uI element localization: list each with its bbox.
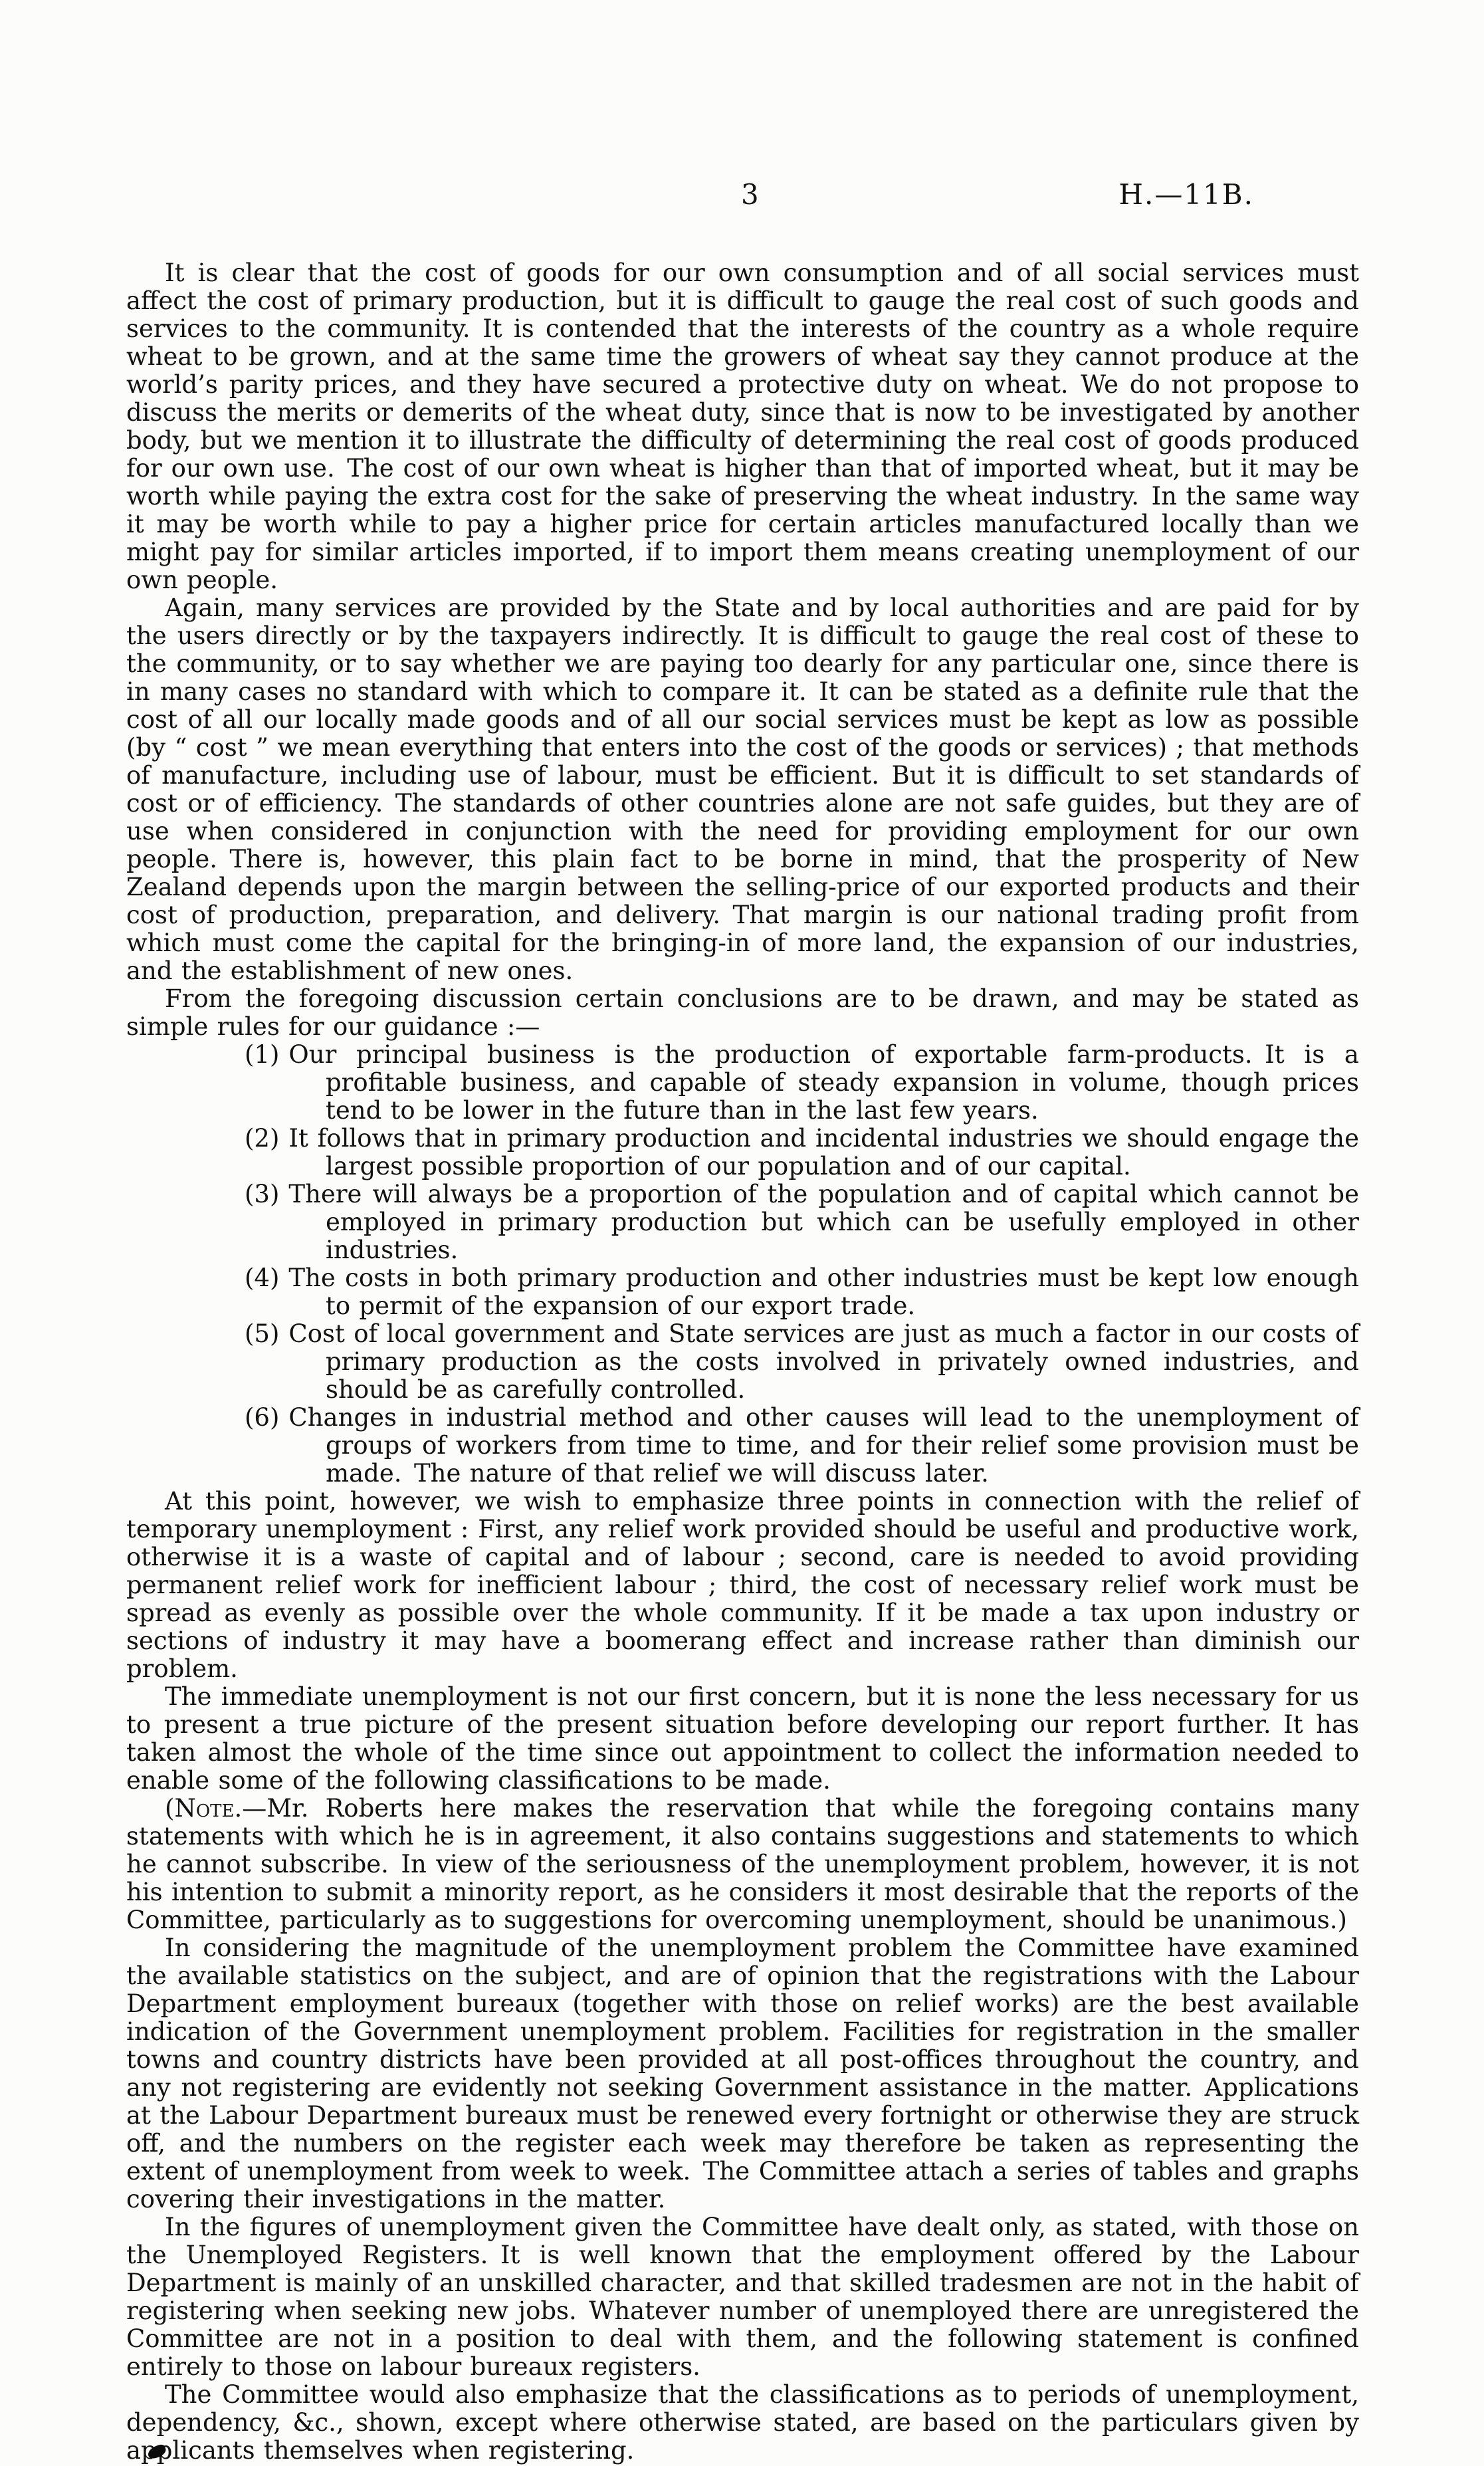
note-label: Note xyxy=(174,1794,234,1823)
page-header: 3 H.—11B. xyxy=(126,178,1359,218)
paragraph-classifications: The Committee would also emphasize that … xyxy=(126,2381,1359,2465)
note-open-paren: ( xyxy=(165,1794,174,1823)
rule-item-1: (1)Our principal business is the product… xyxy=(126,1041,1359,1125)
rule-number-6: (6) xyxy=(245,1403,279,1432)
rule-text-2: It follows that in primary production an… xyxy=(288,1124,1359,1180)
body-text: It is clear that the cost of goods for o… xyxy=(126,259,1359,2465)
paragraph-relief-points: At this point, however, we wish to empha… xyxy=(126,1488,1359,1683)
rule-number-1: (1) xyxy=(245,1040,279,1069)
paragraph-intro-2: Again, many services are provided by the… xyxy=(126,594,1359,985)
rule-item-3: (3)There will always be a proportion of … xyxy=(126,1180,1359,1264)
rule-number-4: (4) xyxy=(245,1264,279,1292)
report-code: H.—11B. xyxy=(1118,178,1254,211)
page-number: 3 xyxy=(741,178,759,211)
rule-number-2: (2) xyxy=(245,1124,279,1153)
paragraph-figures: In the figures of unemployment given the… xyxy=(126,2213,1359,2381)
rule-text-6: Changes in industrial method and other c… xyxy=(288,1403,1359,1488)
rule-number-5: (5) xyxy=(245,1319,279,1348)
rule-item-2: (2)It follows that in primary production… xyxy=(126,1125,1359,1180)
rule-text-4: The costs in both primary production and… xyxy=(288,1264,1359,1320)
rule-number-3: (3) xyxy=(245,1180,279,1208)
note-paragraph: (Note.—Mr. Roberts here makes the reserv… xyxy=(126,1795,1359,1934)
rule-text-5: Cost of local government and State servi… xyxy=(288,1319,1359,1404)
paragraph-immediate-unemployment: The immediate unemployment is not our fi… xyxy=(126,1683,1359,1795)
rule-text-1: Our principal business is the production… xyxy=(288,1040,1359,1125)
document-page: 3 H.—11B. It is clear that the cost of g… xyxy=(0,0,1484,2466)
paragraph-intro-3: From the foregoing discussion certain co… xyxy=(126,985,1359,1041)
rule-item-6: (6)Changes in industrial method and othe… xyxy=(126,1404,1359,1488)
rule-text-3: There will always be a proportion of the… xyxy=(288,1180,1359,1264)
rule-item-4: (4)The costs in both primary production … xyxy=(126,1264,1359,1320)
rule-item-5: (5)Cost of local government and State se… xyxy=(126,1320,1359,1404)
paragraph-magnitude: In considering the magnitude of the unem… xyxy=(126,1934,1359,2213)
note-text: .—Mr. Roberts here makes the reservation… xyxy=(126,1794,1359,1934)
paragraph-intro-1: It is clear that the cost of goods for o… xyxy=(126,259,1359,594)
